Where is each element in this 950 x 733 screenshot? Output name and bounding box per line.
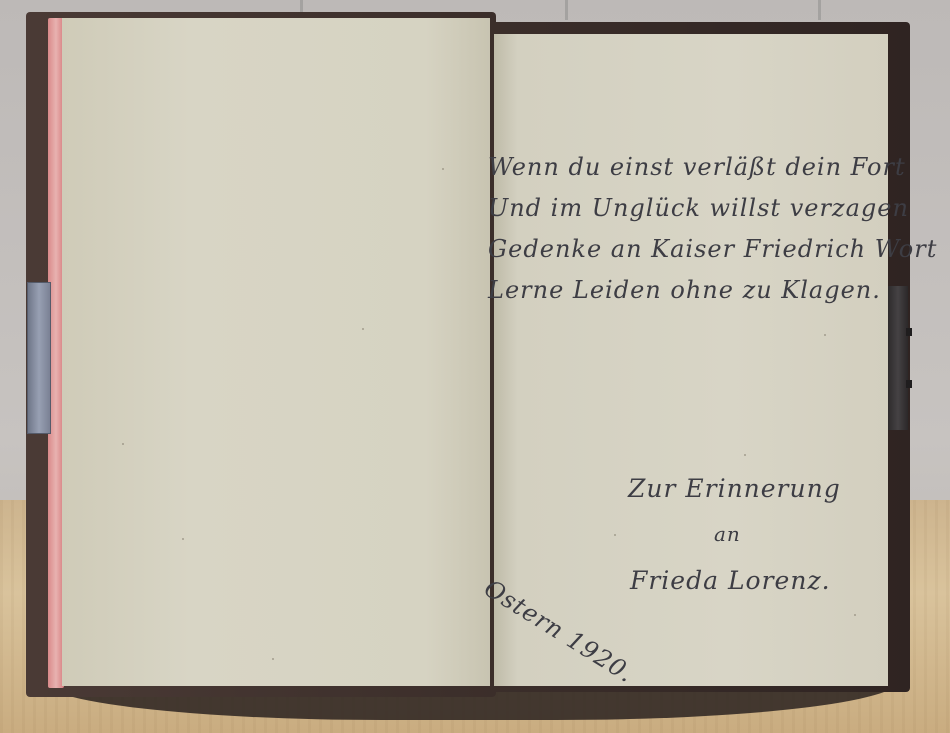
verse-line: Wenn du einst verläßt dein Fort [488,147,937,188]
metal-clasp-right [888,286,908,430]
right-page: Wenn du einst verläßt dein Fort Und im U… [494,34,888,686]
wall-panel-line [565,0,568,20]
clasp-tab [906,328,912,336]
dedication-line1: Zur Erinnerung [628,474,841,503]
verse-line: Lerne Leiden ohne zu Klagen. [488,270,937,311]
wall-panel-line [818,0,821,20]
verse-line: Und im Unglück willst verzagen [488,188,937,229]
dedication-line2: an [714,522,741,546]
date-note: Ostern 1920. [479,574,639,688]
clasp-tab [906,380,912,388]
handwritten-verse: Wenn du einst verläßt dein Fort Und im U… [488,147,937,311]
verse-line: Gedenke an Kaiser Friedrich Wort [488,229,937,270]
signature: Frieda Lorenz. [630,566,831,595]
metal-clasp-left [27,282,51,434]
left-page [62,18,490,686]
